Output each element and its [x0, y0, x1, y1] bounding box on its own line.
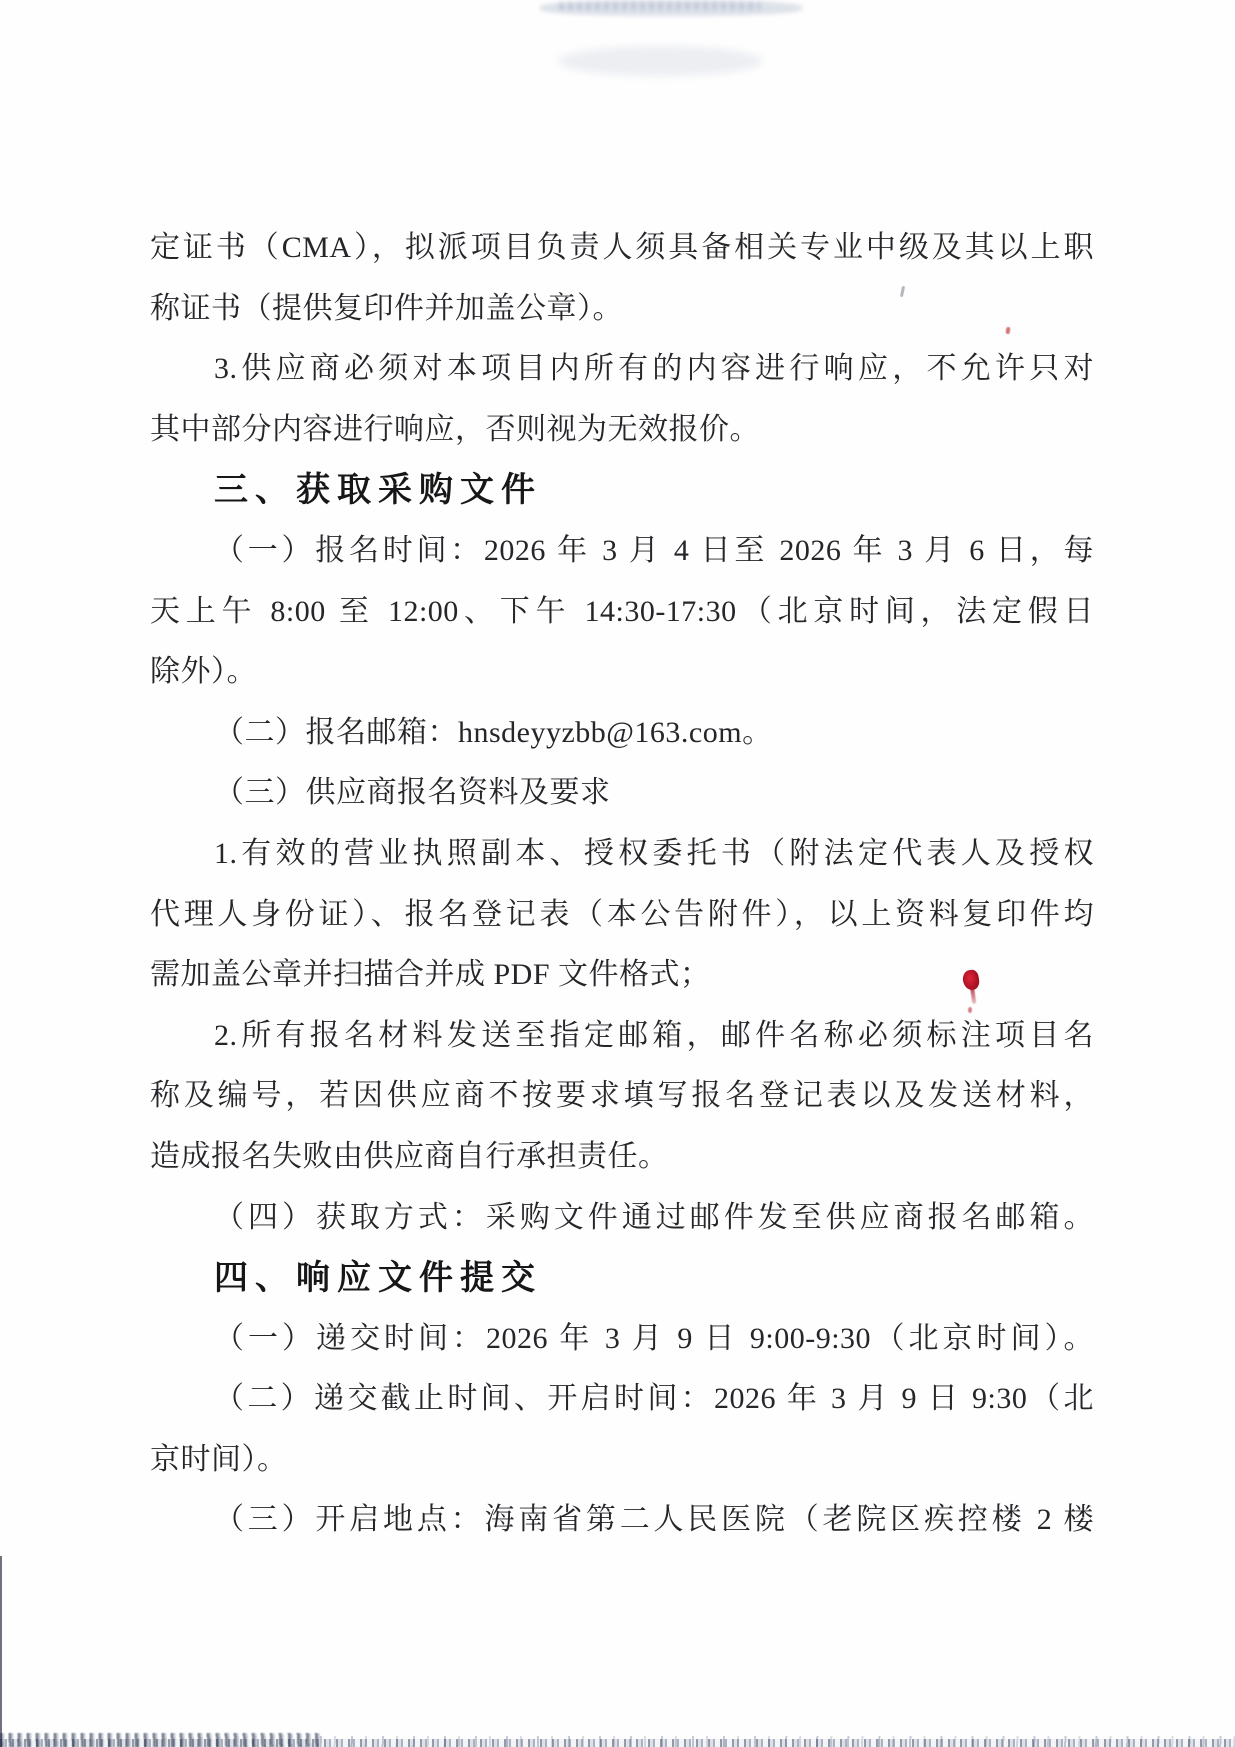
- section-heading-4: 四、响应文件提交: [150, 1248, 1094, 1309]
- text-line: 称及编号，若因供应商不按要求填写报名登记表以及发送材料，: [150, 1066, 1094, 1127]
- text-line: 3.供应商必须对本项目内所有的内容进行响应，不允许只对: [150, 339, 1094, 400]
- text-line-email: （二）报名邮箱：hnsdeyyzbb@163.com。: [150, 703, 1094, 764]
- text-line: 称证书（提供复印件并加盖公章）。: [150, 279, 1094, 340]
- text-line: 天上午 8:00 至 12:00、下午 14:30-17:30（北京时间，法定假…: [150, 582, 1094, 643]
- text-line: （三）供应商报名资料及要求: [150, 763, 1094, 824]
- text-line: 京时间）。: [150, 1430, 1094, 1491]
- scan-smudge-top-faint: [558, 46, 763, 76]
- text-line: （二）递交截止时间、开启时间：2026 年 3 月 9 日 9:30（北: [150, 1369, 1094, 1430]
- text-line: 造成报名失败由供应商自行承担责任。: [150, 1127, 1094, 1188]
- document-text-block: 定证书（CMA），拟派项目负责人须具备相关专业中级及其以上职 称证书（提供复印件…: [150, 218, 1094, 1551]
- scan-smudge-top: [540, 0, 802, 16]
- text-line: （三）开启地点：海南省第二人民医院（老院区疾控楼 2 楼: [150, 1490, 1094, 1551]
- text-line: 除外）。: [150, 642, 1094, 703]
- text-line: （四）获取方式：采购文件通过邮件发至供应商报名邮箱。: [150, 1188, 1094, 1249]
- text-line: （一）报名时间：2026 年 3 月 4 日至 2026 年 3 月 6 日，每: [150, 521, 1094, 582]
- text-line: 代理人身份证）、报名登记表（本公告附件），以上资料复印件均: [150, 885, 1094, 946]
- text-line: 2.所有报名材料发送至指定邮箱，邮件名称必须标注项目名: [150, 1006, 1094, 1067]
- scan-edge-bottom: [0, 1739, 1235, 1747]
- scan-edge-left: [0, 1556, 2, 1747]
- text-line: 1.有效的营业执照副本、授权委托书（附法定代表人及授权: [150, 824, 1094, 885]
- text-line: 定证书（CMA），拟派项目负责人须具备相关专业中级及其以上职: [150, 218, 1094, 279]
- text-line: 需加盖公章并扫描合并成 PDF 文件格式；: [150, 945, 1094, 1006]
- text-line: 其中部分内容进行响应，否则视为无效报价。: [150, 400, 1094, 461]
- scanned-document-page: 定证书（CMA），拟派项目负责人须具备相关专业中级及其以上职 称证书（提供复印件…: [0, 0, 1235, 1747]
- section-heading-3: 三、获取采购文件: [150, 460, 1094, 521]
- text-line: （一）递交时间：2026 年 3 月 9 日 9:00-9:30（北京时间）。: [150, 1309, 1094, 1370]
